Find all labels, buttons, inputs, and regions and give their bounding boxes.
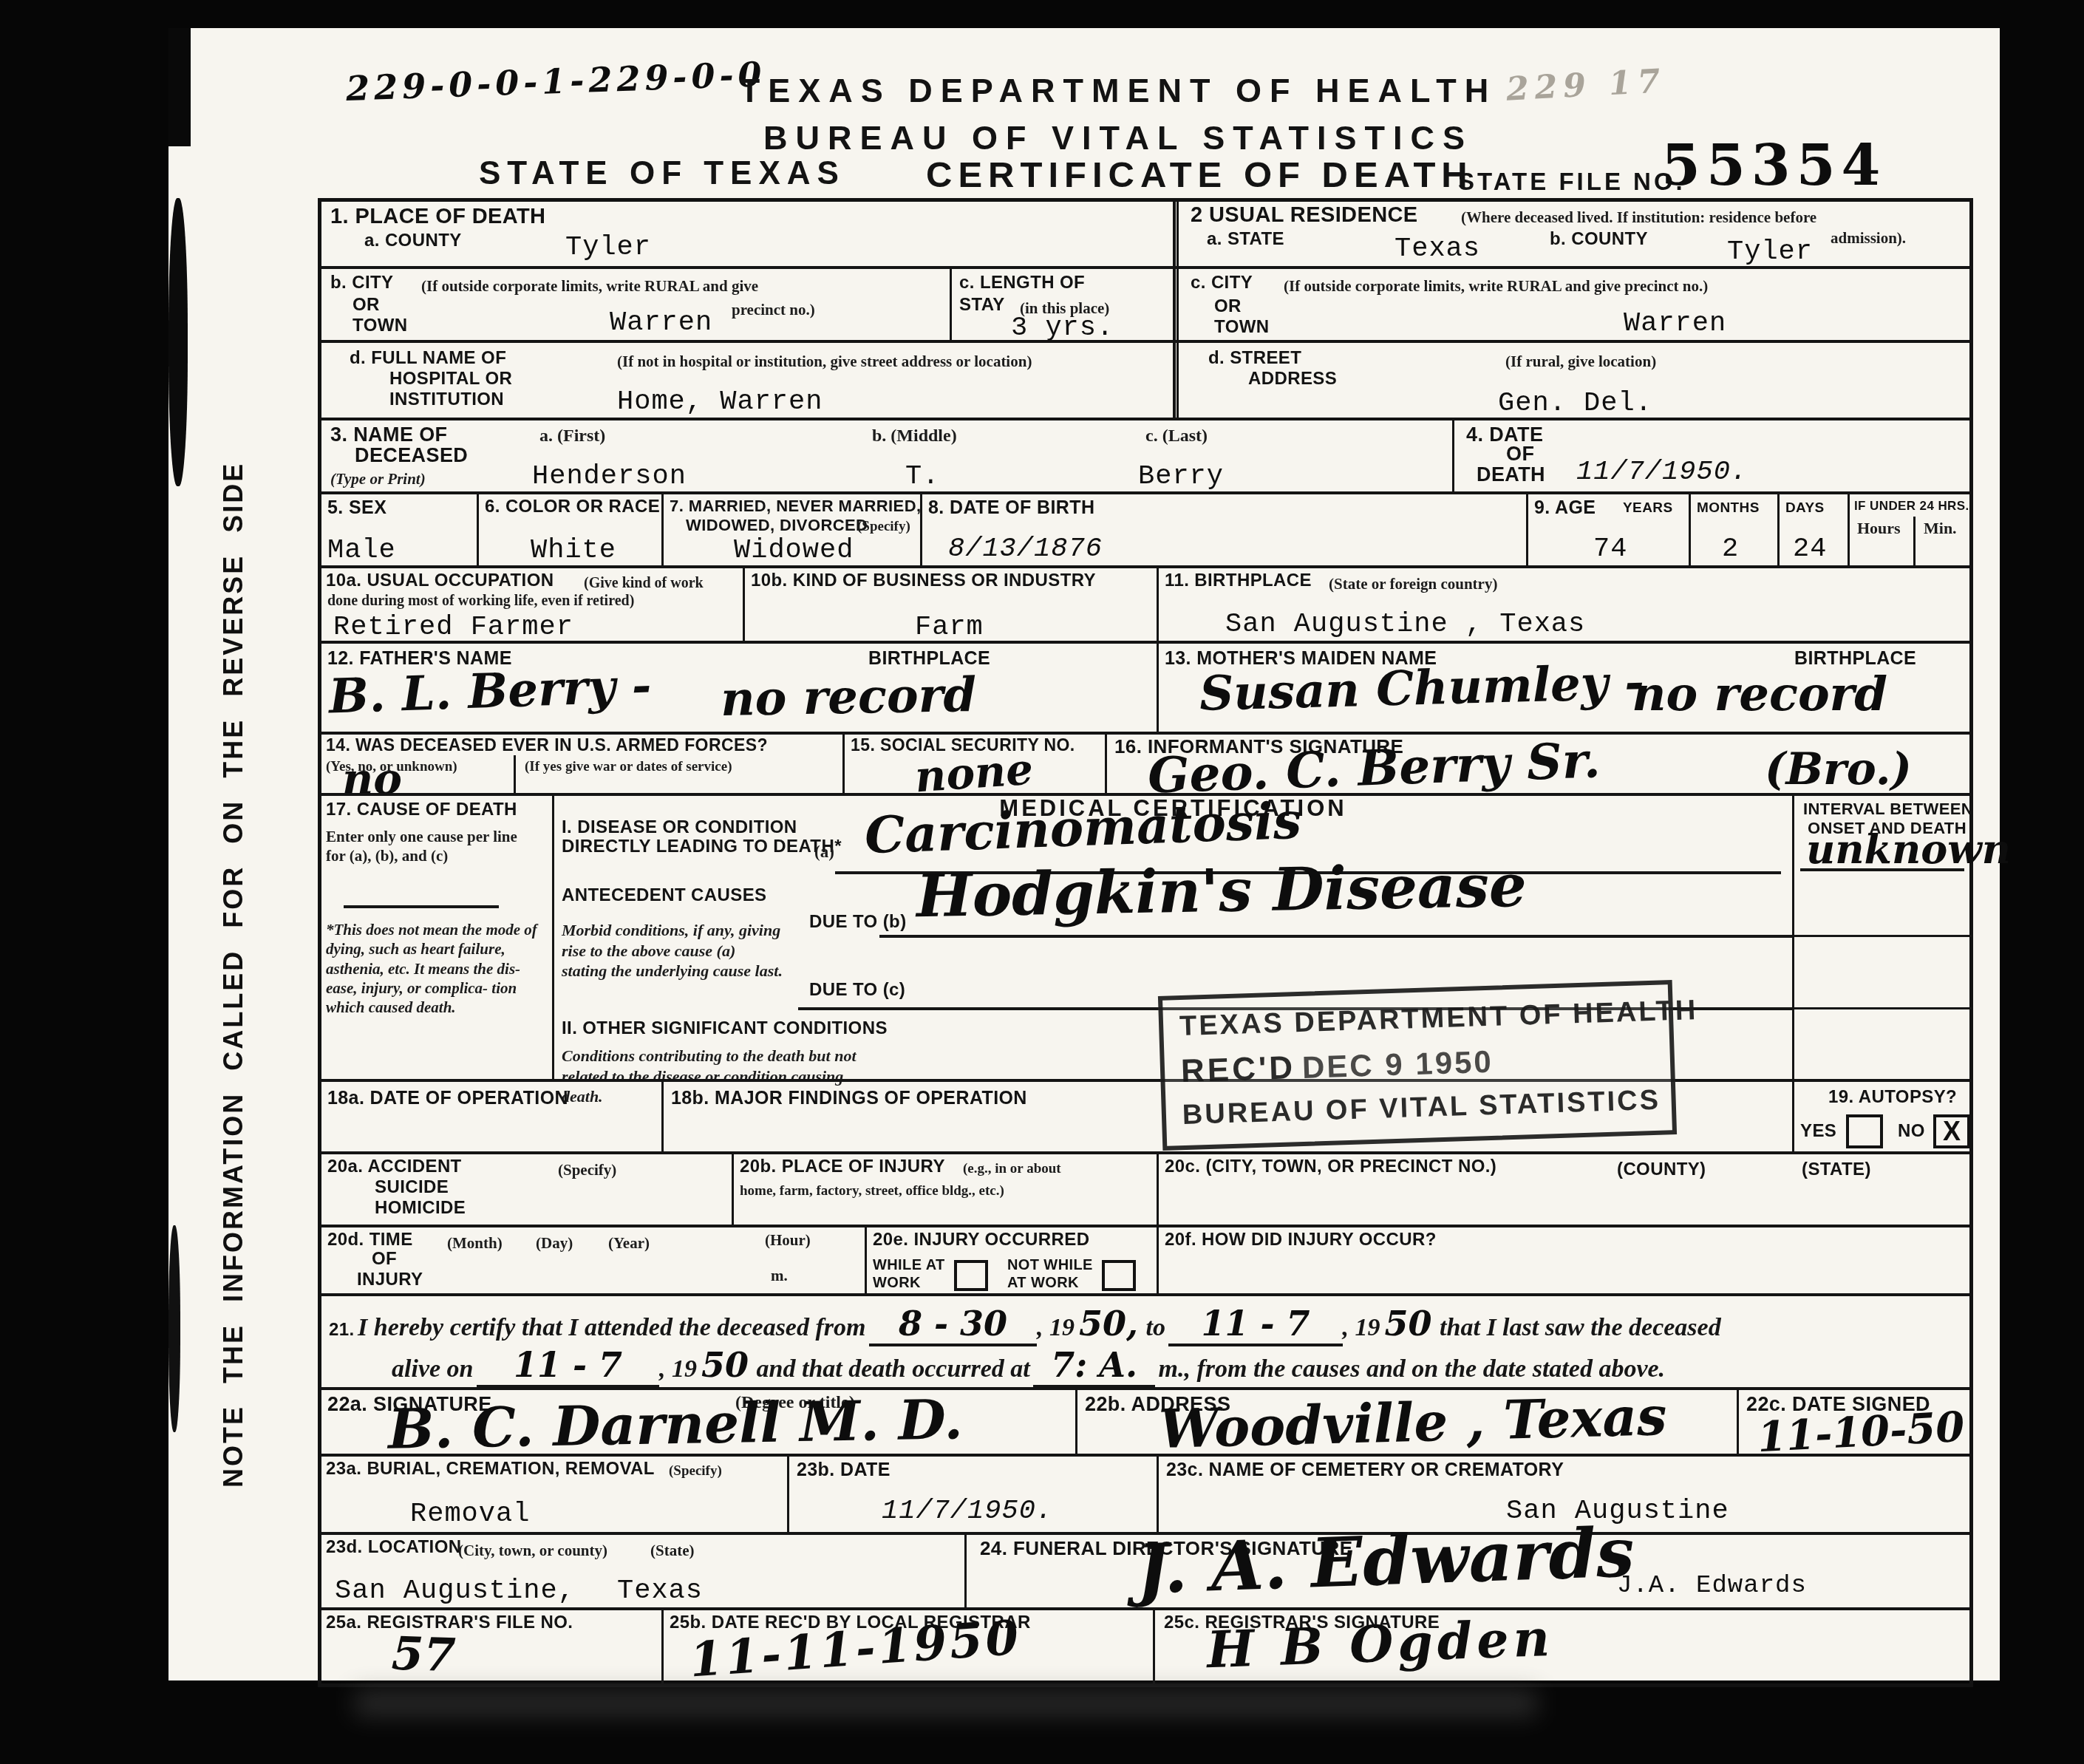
field-20b-place-of-injury: 20b. PLACE OF INJURY (e.g., in or about … [732, 1154, 1157, 1225]
field-17-note2: *This does not mean the mode of dying, s… [326, 920, 540, 1017]
field-10a-paren: (Give kind of work [584, 574, 704, 593]
stamp-recd: REC'D [1180, 1049, 1296, 1089]
dept-line2: BUREAU OF VITAL STATISTICS [582, 120, 1654, 157]
field-5-value: Male [327, 537, 396, 565]
reverse-side-note: NOTE THE INFORMATION CALLED FOR ON THE R… [220, 416, 247, 1488]
field-22c-value: 11-10-50 [1757, 1409, 1966, 1457]
field-23a-value: Removal [410, 1501, 530, 1528]
section-divider [1173, 269, 1179, 340]
field-3-label: 3. NAME OF [330, 423, 448, 446]
field-20b-paren2: home, farm, factory, street, office bldg… [740, 1182, 1004, 1200]
field-2b-value: Tyler [1727, 239, 1813, 266]
hours-min-divider [1913, 517, 1916, 565]
field-10b-industry: 10b. KIND OF BUSINESS OR INDUSTRY Farm [743, 568, 1157, 641]
row-name-of-deceased: 3. NAME OF DECEASED (Type or Print) a. (… [321, 418, 1969, 491]
field-9-years-value: 74 [1593, 536, 1627, 563]
field-3-label2: DECEASED [355, 444, 468, 466]
field-20b-paren: (e.g., in or about [963, 1160, 1061, 1178]
certify-num: 21. [329, 1320, 355, 1340]
field-1d-label2: HOSPITAL OR [389, 370, 512, 389]
field-18b-label: 18b. MAJOR FINDINGS OF OPERATION [671, 1088, 1027, 1109]
field-20e-injury-occurred: 20e. INJURY OCCURRED WHILE AT WORK NOT W… [865, 1227, 1157, 1293]
certificate-page: NOTE THE INFORMATION CALLED FOR ON THE R… [168, 28, 2000, 1680]
certificate-form: 1. PLACE OF DEATH a. COUNTY Tyler 2 USUA… [318, 198, 1973, 1687]
field-2c-label: c. CITY [1191, 273, 1253, 293]
field-1a-value: Tyler [565, 234, 651, 262]
field-2-paren: (Where deceased lived. If institution: r… [1461, 208, 1816, 227]
field-14-label: 14. WAS DECEASED EVER IN U.S. ARMED FORC… [326, 736, 768, 755]
field-5-label: 5. SEX [327, 497, 387, 518]
field-10a-label: 10a. USUAL OCCUPATION [326, 571, 554, 591]
field-10a-value: Retired Farmer [333, 614, 573, 641]
row-registrar: 25a. REGISTRAR'S FILE NO. 57 25b. DATE R… [321, 1607, 1969, 1683]
certify-death-time: 7: A. [1033, 1345, 1155, 1388]
field-7-label2: WIDOWED, DIVORCED [686, 517, 868, 535]
field-4-label3: DEATH [1477, 463, 1545, 486]
row-parents: 12. FATHER'S NAME BIRTHPLACE B. L. Berry… [321, 641, 1969, 732]
field-20d-hour: (Hour) [765, 1230, 811, 1250]
interval-underline [1800, 868, 1964, 871]
field-16-relation: (Bro.) [1765, 749, 1912, 789]
field-9-age-days: DAYS 24 [1777, 494, 1848, 565]
field-3-paren: (Type or Print) [330, 469, 426, 488]
field-12-father: 12. FATHER'S NAME BIRTHPLACE B. L. Berry… [321, 644, 1157, 732]
field-9-days-label: DAYS [1785, 500, 1825, 516]
field-20d-label2: OF [372, 1250, 397, 1270]
dept-title: TEXAS DEPARTMENT OF HEALTH BUREAU OF VIT… [582, 72, 1654, 157]
while-at-work-checkbox [954, 1260, 988, 1291]
field-25c-registrar-signature: 25c. REGISTRAR'S SIGNATURE H B Ogden [1153, 1610, 1969, 1683]
field-23b-value: 11/7/1950. [882, 1498, 1053, 1525]
field-23a-paren: (Specify) [669, 1462, 722, 1480]
field-1-label: 1. PLACE OF DEATH [330, 205, 545, 228]
row-burial: 23a. BURIAL, CREMATION, REMOVAL (Specify… [321, 1454, 1969, 1532]
field-14-armed-forces: 14. WAS DECEASED EVER IN U.S. ARMED FORC… [321, 735, 842, 793]
stamp-date: DEC 9 1950 [1301, 1044, 1494, 1085]
field-17-cause-left: 17. CAUSE OF DEATH Enter only one cause … [321, 796, 554, 1079]
field-3-name: 3. NAME OF DECEASED (Type or Print) a. (… [321, 420, 1452, 491]
row-physician-signature: 22a. SIGNATURE (Degree or title) B. C. D… [321, 1387, 1969, 1454]
field-9-months-value: 2 [1722, 536, 1739, 563]
interval-line2 [1794, 935, 1972, 937]
field-1d-label: d. FULL NAME OF [350, 349, 506, 369]
field-1b-value: Warren [610, 310, 712, 337]
field-9-months-label: MONTHS [1697, 500, 1760, 516]
field-8-label: 8. DATE OF BIRTH [928, 497, 1094, 518]
certify-from-year: 50, [1075, 1304, 1143, 1344]
field-2-usual-residence: 2 USUAL RESIDENCE (Where deceased lived.… [1180, 202, 1969, 266]
field-2d-label: d. STREET [1208, 349, 1301, 369]
note-divider [344, 905, 499, 908]
autopsy-no-label: NO [1898, 1122, 1925, 1142]
field-8-value: 8/13/1876 [948, 536, 1103, 563]
field-1b-city: b. CITY (If outside corporate limits, wr… [321, 269, 950, 340]
field-12-value: B. L. Berry - [328, 664, 652, 718]
interval-value: unknown [1806, 831, 2011, 868]
field-10a-paren2: done during most of working life, even i… [327, 592, 634, 610]
field-20d-label3: INJURY [357, 1270, 423, 1290]
field-19-label: 19. AUTOPSY? [1828, 1088, 1957, 1108]
field-20a-label: 20a. ACCIDENT [327, 1157, 462, 1177]
field-23b-date: 23b. DATE 11/7/1950. [787, 1457, 1157, 1532]
autopsy-no-checkbox: X [1933, 1114, 1970, 1148]
field-15-ssn: 15. SOCIAL SECURITY NO. none [842, 735, 1105, 793]
certify-t9: m., from the causes and on the date stat… [1158, 1355, 1665, 1383]
field-17a-label2: DIRECTLY LEADING TO DEATH* [562, 837, 842, 857]
field-13-birthplace-value: no record [1632, 673, 1887, 716]
field-23b-label: 23b. DATE [797, 1460, 891, 1480]
certify-line2: alive on 11 - 7, 1950 and that death occ… [392, 1348, 1665, 1386]
field-17a-label: I. DISEASE OR CONDITION [562, 818, 797, 838]
scan-streak [355, 1691, 1537, 1716]
field-20d-month: (Month) [447, 1233, 503, 1253]
field-2d-paren: (If rural, give location) [1505, 352, 1656, 371]
field-22a-signature: 22a. SIGNATURE (Degree or title) B. C. D… [321, 1390, 1075, 1454]
field-23a-burial: 23a. BURIAL, CREMATION, REMOVAL (Specify… [321, 1457, 787, 1532]
field-16-informant: 16. INFORMANT'S SIGNATURE Geo. C. Berry … [1105, 735, 1969, 793]
while-at-work-label: WHILE AT [873, 1257, 945, 1273]
certify-to-year: 50 [1380, 1304, 1437, 1344]
field-20f-label: 20f. HOW DID INJURY OCCUR? [1165, 1230, 1437, 1250]
received-stamp: TEXAS DEPARTMENT OF HEALTH REC'D DEC 9 1… [1158, 980, 1677, 1151]
field-11-paren: (State or foreign country) [1329, 574, 1497, 593]
field-20d-time-of-injury: 20d. TIME OF INJURY (Month) (Day) (Year)… [321, 1227, 865, 1293]
field-9-under-24: IF UNDER 24 HRS. Hours Min. [1848, 494, 1969, 565]
field-20b-label: 20b. PLACE OF INJURY [740, 1157, 945, 1177]
field-2d-value: Gen. Del. [1498, 390, 1652, 418]
section-divider [1173, 202, 1179, 266]
field-1-place-of-death: 1. PLACE OF DEATH a. COUNTY Tyler [321, 202, 1173, 266]
field-1d-value: Home, Warren [617, 389, 823, 416]
scan-smudge [168, 198, 188, 486]
field-20a-label2: SUICIDE [375, 1178, 449, 1198]
field-4-date-of-death: 4. DATE OF DEATH 11/7/1950. [1452, 420, 1969, 491]
field-23a-label: 23a. BURIAL, CREMATION, REMOVAL [326, 1460, 655, 1479]
field-13-mother: 13. MOTHER'S MAIDEN NAME BIRTHPLACE Susa… [1157, 644, 1969, 732]
field-9-label: 9. AGE [1534, 497, 1596, 518]
field-3a-value: Henderson [532, 463, 687, 491]
field-25a-registrar-file: 25a. REGISTRAR'S FILE NO. 57 [321, 1610, 661, 1683]
certify-alive-date: 11 - 7 [477, 1345, 659, 1388]
field-12-birthplace-value: no record [721, 674, 977, 721]
field-3b-label: b. (Middle) [872, 425, 957, 447]
registrar-signature: H B Ogden [1206, 1616, 1555, 1674]
physician-signature: B. C. Darnell M. D. [387, 1395, 963, 1454]
not-while-at-work-label2: AT WORK [1007, 1275, 1079, 1291]
field-3b-value: T. [905, 463, 939, 491]
field-1c-label: c. LENGTH OF [959, 273, 1085, 293]
field-1d-paren: (If not in hospital or institution, give… [617, 352, 1032, 371]
field-11-label: 11. BIRTHPLACE [1165, 571, 1312, 591]
field-20a-accident: 20a. ACCIDENT SUICIDE HOMICIDE (Specify) [321, 1154, 732, 1225]
due-to-c-label: DUE TO (c) [809, 981, 905, 1001]
field-23d-state-label: (State) [650, 1541, 694, 1560]
scan-smudge [168, 1225, 180, 1432]
row-forces-ssn-informant: 14. WAS DECEASED EVER IN U.S. ARMED FORC… [321, 732, 1969, 793]
field-5-sex: 5. SEX Male [321, 494, 477, 565]
state-file-no-label: STATE FILE NO. [1458, 168, 1686, 196]
field-14-paren2: (If yes give war or dates of service) [525, 758, 732, 776]
certify-t6: alive on [392, 1355, 473, 1383]
field-22b-address: 22b. ADDRESS Woodville , Texas [1075, 1390, 1737, 1454]
row-operation-autopsy: 18a. DATE OF OPERATION 18b. MAJOR FINDIN… [321, 1079, 1969, 1151]
certify-to-date: 11 - 7 [1168, 1304, 1342, 1346]
field-1c-length-of-stay: c. LENGTH OF STAY (in this place) 3 yrs. [950, 269, 1173, 340]
certify-t2: , 19 [1037, 1314, 1075, 1341]
field-20c-state-label: (STATE) [1802, 1160, 1871, 1180]
field-13-value: Susan Chumley - [1199, 661, 1644, 715]
field-8-date-of-birth: 8. DATE OF BIRTH 8/13/1876 [920, 494, 1526, 565]
autopsy-yes-label: YES [1800, 1122, 1836, 1142]
antecedent-causes-label: ANTECEDENT CAUSES [562, 886, 767, 906]
field-25a-value: 57 [391, 1633, 456, 1677]
field-18a-label: 18a. DATE OF OPERATION [327, 1088, 568, 1109]
due-to-b-value: Hodgkin's Disease [916, 859, 1527, 922]
field-9-age-years: 9. AGE YEARS 74 [1526, 494, 1689, 565]
dept-line1: TEXAS DEPARTMENT OF HEALTH [582, 72, 1654, 109]
field-7-label: 7. MARRIED, NEVER MARRIED, [670, 497, 921, 516]
field-6-value: White [531, 537, 616, 565]
while-at-work-label2: WORK [873, 1275, 921, 1291]
field-2c-town: TOWN [1214, 318, 1269, 338]
scan-smudge [168, 28, 191, 146]
interval-label: INTERVAL BETWEEN [1803, 800, 1973, 819]
certify-t8: and that death occurred at [757, 1355, 1030, 1383]
field-7-marital: 7. MARRIED, NEVER MARRIED, WIDOWED, DIVO… [661, 494, 920, 565]
certificate-title: CERTIFICATE OF DEATH [926, 155, 1474, 196]
funeral-director-signature: J. A. Edwards [1136, 1522, 1635, 1600]
field-20f-how-injury: 20f. HOW DID INJURY OCCUR? [1157, 1227, 1969, 1293]
certify-from-date: 8 - 30 [869, 1304, 1037, 1346]
field-1b-or: OR [353, 296, 380, 316]
field-1d-label3: INSTITUTION [389, 390, 504, 410]
field-20c-location: 20c. (CITY, TOWN, OR PRECINCT NO.) (COUN… [1157, 1154, 1969, 1225]
field-17a-sub: (a) [814, 842, 834, 863]
field-6-color-race: 6. COLOR OR RACE White [477, 494, 661, 565]
certify-alive-year: 50 [697, 1345, 753, 1385]
field-14-divider [514, 755, 516, 796]
field-25b-date-recd: 25b. DATE REC'D BY LOCAL REGISTRAR 11-11… [661, 1610, 1153, 1683]
field-2d-label2: ADDRESS [1248, 370, 1337, 389]
field-20d-day: (Day) [536, 1233, 573, 1253]
field-2a-label: a. STATE [1207, 230, 1284, 250]
field-20d-m: m. [771, 1266, 788, 1285]
field-16-signature: Geo. C. Berry Sr. [1147, 738, 1601, 798]
field-22b-value: Woodville , Texas [1158, 1392, 1667, 1454]
field-17a-value: Carcinomatosis [864, 799, 1302, 859]
field-19-autopsy: 19. AUTOPSY? YES NO X [1792, 1082, 1969, 1151]
row-city-length: b. CITY (If outside corporate limits, wr… [321, 266, 1969, 340]
field-1b-paren2: precinct no.) [732, 300, 815, 319]
field-9-under24-label: IF UNDER 24 HRS. [1854, 499, 1969, 513]
field-15-value: none [913, 749, 1034, 796]
field-10b-value: Farm [915, 614, 984, 641]
field-20e-label: 20e. INJURY OCCURRED [873, 1230, 1089, 1250]
field-9-age-months: MONTHS 2 [1689, 494, 1777, 565]
certify-t3: to [1146, 1314, 1165, 1341]
row-accident: 20a. ACCIDENT SUICIDE HOMICIDE (Specify)… [321, 1151, 1969, 1225]
field-1b-town: TOWN [353, 316, 407, 336]
field-4-label2: OF [1506, 443, 1534, 465]
row-hospital-street: d. FULL NAME OF HOSPITAL OR INSTITUTION … [321, 340, 1969, 418]
field-3a-label: a. (First) [539, 425, 605, 447]
due-to-b-label: DUE TO (b) [809, 913, 907, 933]
field-11-value: San Augustine , Texas [1225, 611, 1585, 638]
field-17-label: 17. CAUSE OF DEATH [326, 800, 517, 820]
field-23d-state-value: Texas [617, 1578, 703, 1605]
field-2c-paren: (If outside corporate limits, write RURA… [1284, 276, 1708, 296]
field-9-years-label: YEARS [1623, 500, 1672, 516]
field-1d-hospital: d. FULL NAME OF HOSPITAL OR INSTITUTION … [321, 343, 1173, 418]
field-1b-label: b. CITY [330, 273, 393, 293]
row-occupation: 10a. USUAL OCCUPATION (Give kind of work… [321, 565, 1969, 641]
field-1c-value: 3 yrs. [1011, 315, 1114, 342]
field-2b-label: b. COUNTY [1550, 230, 1648, 250]
not-while-at-work-checkbox [1102, 1260, 1136, 1291]
field-4-value: 11/7/1950. [1576, 459, 1748, 486]
row-sex-race-age: 5. SEX Male 6. COLOR OR RACE White 7. MA… [321, 491, 1969, 565]
field-20a-label3: HOMICIDE [375, 1199, 466, 1219]
field-3c-value: Berry [1138, 463, 1224, 491]
field-22c-date-signed: 22c. DATE SIGNED 11-10-50 [1737, 1390, 1969, 1454]
field-2-label: 2 USUAL RESIDENCE [1191, 203, 1418, 227]
field-11-birthplace: 11. BIRTHPLACE (State or foreign country… [1157, 568, 1969, 641]
row-location-funeral: 23d. LOCATION (City, town, or county) (S… [321, 1532, 1969, 1607]
field-20c-county-label: (COUNTY) [1617, 1160, 1706, 1180]
not-while-at-work-label: NOT WHILE [1007, 1257, 1093, 1273]
autopsy-no-mark: X [1943, 1116, 1961, 1146]
field-9-days-value: 24 [1793, 536, 1827, 563]
autopsy-yes-checkbox [1846, 1114, 1883, 1148]
field-20c-label: 20c. (CITY, TOWN, OR PRECINCT NO.) [1165, 1157, 1496, 1177]
field-20a-paren: (Specify) [558, 1160, 616, 1179]
field-12-birthplace-label: BIRTHPLACE [868, 648, 990, 669]
field-1a-label: a. COUNTY [364, 231, 462, 251]
field-23d-label: 23d. LOCATION [326, 1538, 461, 1558]
field-2a-value: Texas [1395, 236, 1480, 263]
line-b-underline [879, 935, 1792, 938]
interval-line3 [1794, 1007, 1972, 1009]
field-20d-label: 20d. TIME [327, 1230, 413, 1250]
field-23d-location: 23d. LOCATION (City, town, or county) (S… [321, 1535, 964, 1607]
field-2-paren2: admission). [1831, 228, 1906, 248]
row-place-residence-top: 1. PLACE OF DEATH a. COUNTY Tyler 2 USUA… [321, 202, 1969, 266]
field-1c-label2: STAY [959, 296, 1005, 316]
field-2c-value: Warren [1624, 310, 1726, 338]
certify-t7: , 19 [659, 1355, 697, 1383]
certify-line1: 21. I hereby certify that I attended the… [329, 1307, 1721, 1345]
field-2d-street: d. STREET ADDRESS (If rural, give locati… [1180, 343, 1969, 418]
field-9-hours-label: Hours [1857, 518, 1901, 539]
field-10b-label: 10b. KIND OF BUSINESS OR INDUSTRY [751, 571, 1096, 591]
field-7-paren: (Specify) [857, 518, 910, 536]
field-7-value: Widowed [734, 537, 854, 565]
field-1b-paren: (If outside corporate limits, write RURA… [421, 276, 758, 296]
field-23c-label: 23c. NAME OF CEMETERY OR CREMATORY [1166, 1460, 1564, 1480]
morbid-conditions-note: Morbid conditions, if any, giving rise t… [562, 920, 783, 981]
field-10a-occupation: 10a. USUAL OCCUPATION (Give kind of work… [321, 568, 743, 641]
field-23d-paren: (City, town, or county) [458, 1541, 607, 1560]
certify-t5: that I last saw the deceased [1440, 1314, 1721, 1341]
funeral-director-typed: J.A. Edwards [1617, 1573, 1807, 1598]
state-file-no-value: 55354 [1661, 137, 1886, 194]
other-significant-conditions-label: II. OTHER SIGNIFICANT CONDITIONS [562, 1019, 888, 1039]
field-17-interval: INTERVAL BETWEEN ONSET AND DEATH unknown [1792, 796, 1969, 1079]
field-18a-date-of-operation: 18a. DATE OF OPERATION [321, 1082, 661, 1151]
row-cause-of-death: 17. CAUSE OF DEATH Enter only one cause … [321, 793, 1969, 1079]
scanned-death-certificate: { "side_note": "NOTE THE INFORMATION CAL… [0, 0, 2084, 1764]
row-certification-statement: 21. I hereby certify that I attended the… [321, 1293, 1969, 1387]
field-13-birthplace-label: BIRTHPLACE [1794, 648, 1916, 669]
row-time-of-injury: 20d. TIME OF INJURY (Month) (Day) (Year)… [321, 1225, 1969, 1293]
field-3c-label: c. (Last) [1145, 425, 1208, 447]
field-2c-city: c. CITY (If outside corporate limits, wr… [1180, 269, 1969, 340]
field-17-note1: Enter only one cause per line for (a), (… [326, 827, 533, 866]
field-20d-year: (Year) [608, 1233, 650, 1253]
certify-t4: , 19 [1343, 1314, 1380, 1341]
section-divider [1173, 343, 1179, 418]
field-9-min-label: Min. [1924, 518, 1957, 539]
state-of-texas: STATE OF TEXAS [479, 155, 845, 191]
certify-t1: I hereby certify that I attended the dec… [358, 1314, 865, 1341]
field-2c-or: OR [1214, 297, 1242, 317]
field-6-label: 6. COLOR OR RACE [485, 497, 660, 517]
field-24-funeral-director: 24. FUNERAL DIRECTOR'S SIGNATURE J. A. E… [964, 1535, 1969, 1607]
field-23d-city-value: San Augustine, [335, 1578, 575, 1605]
